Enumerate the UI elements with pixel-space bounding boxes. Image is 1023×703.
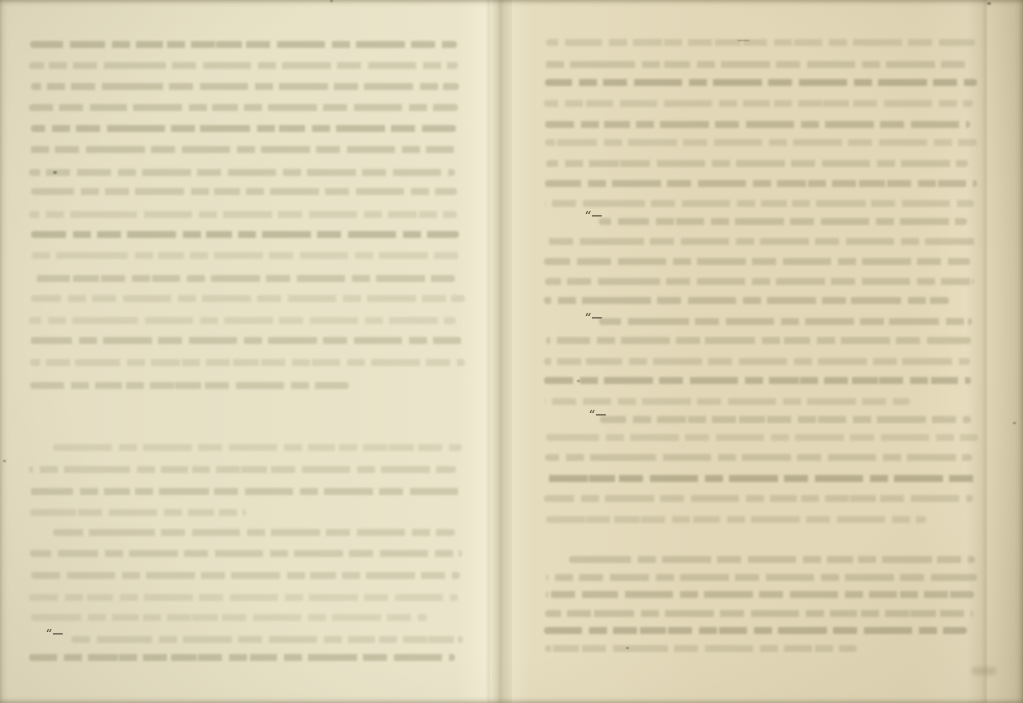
ink-speck bbox=[987, 2, 991, 5]
ink-speck bbox=[1013, 422, 1016, 424]
ink-speck bbox=[577, 380, 580, 382]
ink-speck bbox=[330, 0, 333, 2]
scanned-book-spread: “— “— “— “— — bbox=[0, 0, 1023, 703]
ink-speck bbox=[626, 647, 629, 649]
ink-speck bbox=[53, 171, 57, 174]
speck-layer bbox=[0, 0, 1023, 703]
ink-speck bbox=[3, 460, 6, 462]
faded-page-number-smudge bbox=[972, 667, 996, 675]
